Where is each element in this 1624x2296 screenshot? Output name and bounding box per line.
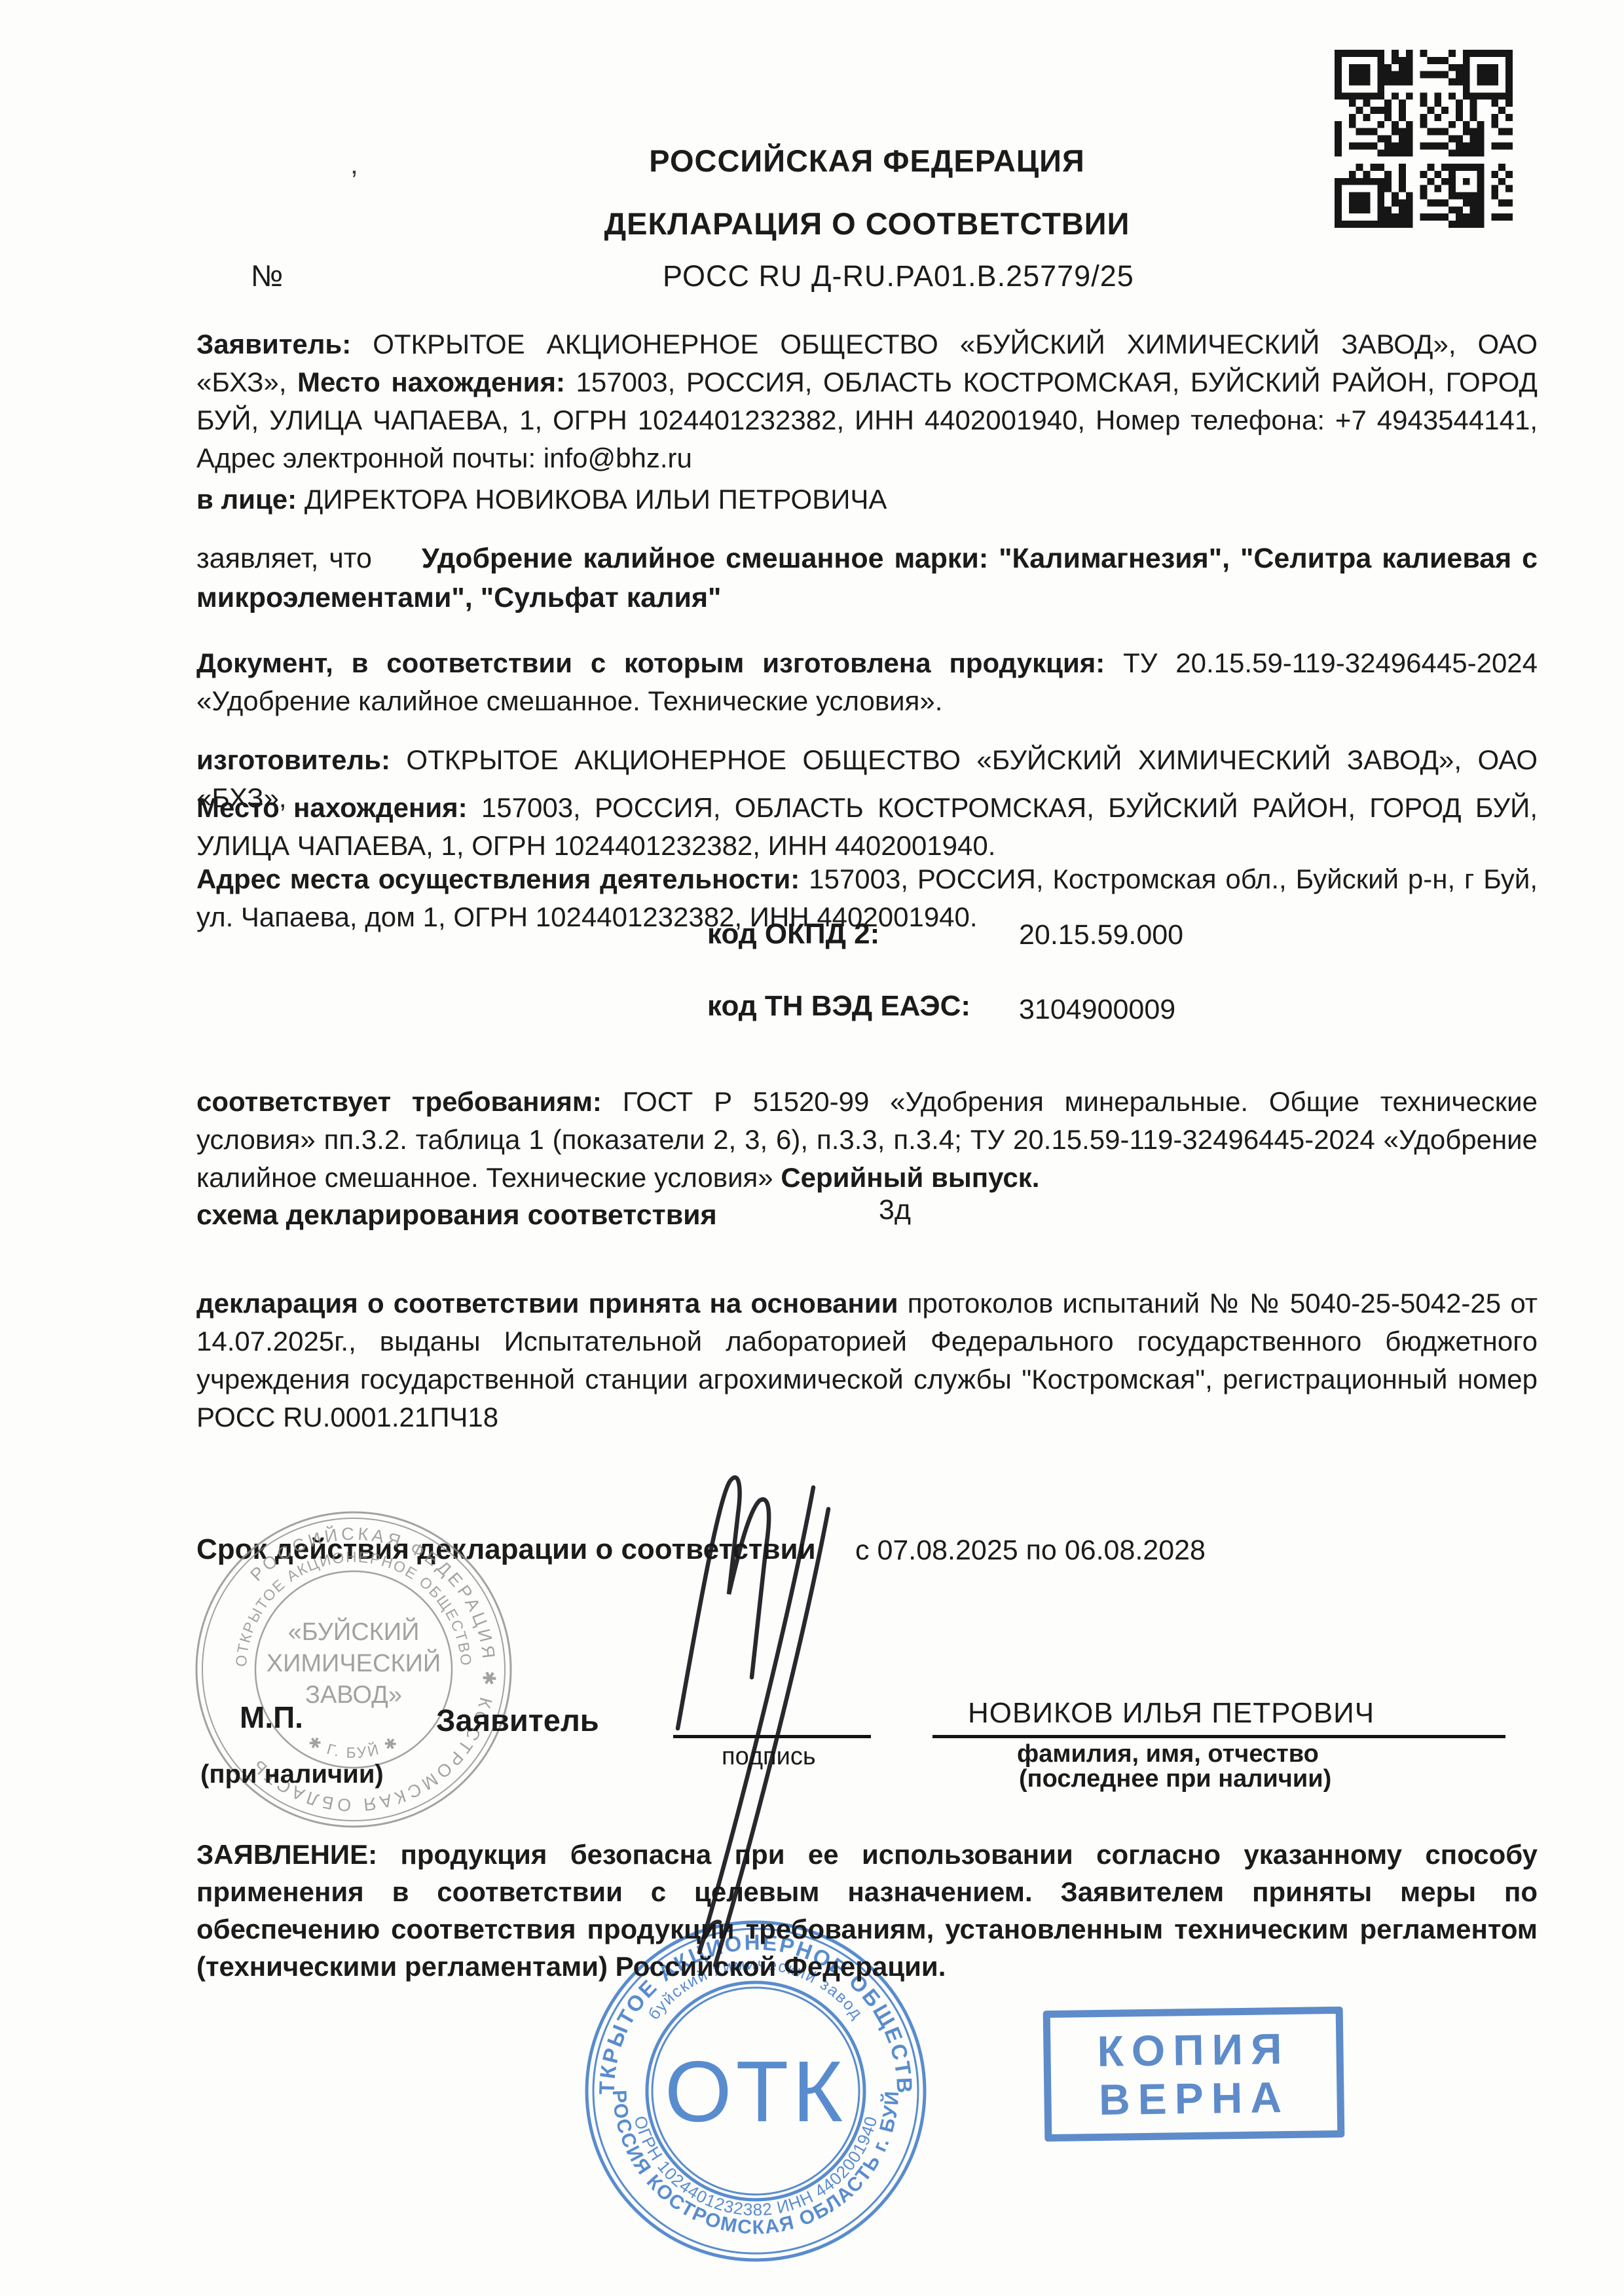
manufacturer-location-label: Место нахождения:	[196, 792, 468, 823]
conformity-serial: Серийный выпуск.	[781, 1162, 1039, 1193]
tnved-value: 3104900009	[1019, 994, 1175, 1026]
applicant-sign-label: Заявитель	[436, 1702, 599, 1738]
copy-stamp-line1: КОПИЯ	[1097, 2024, 1290, 2075]
declares-paragraph: заявляет, что Удобрение калийное смешанн…	[196, 539, 1538, 617]
svg-text:✱ Г. БУЙ ✱: ✱ Г. БУЙ ✱	[305, 1732, 401, 1761]
gray-stamp-inner-bottom-text: ✱ Г. БУЙ ✱	[305, 1732, 401, 1761]
applicant-label: Заявитель:	[196, 329, 351, 359]
name-line	[932, 1735, 1505, 1738]
applicant-paragraph: Заявитель: ОТКРЫТОЕ АКЦИОНЕРНОЕ ОБЩЕСТВО…	[196, 325, 1538, 477]
scheme-value: 3д	[879, 1194, 911, 1226]
manufacturer-address-paragraph: Адрес места осуществления деятельности: …	[196, 860, 1538, 936]
product-document-paragraph: Документ, в соответствии с которым изгот…	[196, 644, 1538, 720]
mp-note: (при наличии)	[200, 1760, 384, 1789]
in-person-label: в лице:	[196, 484, 297, 515]
signer-name: НОВИКОВ ИЛЬЯ ПЕТРОВИЧ	[968, 1697, 1375, 1730]
scheme-label: схема декларирования соответствия	[196, 1199, 717, 1231]
basis-paragraph: декларация о соответствии принята на осн…	[196, 1285, 1538, 1436]
number-value: РОСС RU Д-RU.РА01.В.25779/25	[663, 259, 1134, 293]
gray-stamp-center-line2: ХИМИЧЕСКИЙ	[267, 1648, 441, 1677]
gray-stamp-center-line3: ЗАВОД»	[305, 1681, 402, 1709]
basis-label: декларация о соответствии принята на осн…	[196, 1288, 898, 1319]
product-document-label: Документ, в соответствии с которым изгот…	[196, 647, 1105, 678]
in-person-line: в лице: ДИРЕКТОРА НОВИКОВА ИЛЬИ ПЕТРОВИЧ…	[196, 481, 1538, 519]
gray-stamp-center-line1: «БУЙСКИЙ	[288, 1616, 420, 1646]
applicant-location-label: Место нахождения:	[297, 367, 565, 397]
manufacturer-location-paragraph: Место нахождения: 157003, РОССИЯ, ОБЛАСТ…	[196, 789, 1538, 865]
validity-value: с 07.08.2025 по 06.08.2028	[855, 1535, 1206, 1567]
handwritten-signature	[642, 1460, 877, 1977]
qr-code	[1335, 50, 1513, 228]
declaration-document: ’ РОССИЙСКАЯ ФЕДЕРАЦИЯ ДЕКЛАРАЦИЯ О СООТ…	[0, 0, 1624, 2296]
conformity-label: соответствует требованиям:	[196, 1086, 602, 1117]
declares-label: заявляет, что	[196, 543, 411, 574]
number-label: №	[251, 258, 283, 293]
copy-stamp-line2: ВЕРНА	[1098, 2073, 1289, 2124]
otk-stamp-center-text: ОТК	[665, 2043, 847, 2140]
in-person-text: ДИРЕКТОРА НОВИКОВА ИЛЬИ ПЕТРОВИЧА	[304, 484, 887, 515]
name-caption1: фамилия, имя, отчество	[1017, 1740, 1319, 1768]
statement-label: ЗАЯВЛЕНИЕ:	[196, 1839, 377, 1870]
page-title-declaration: ДЕКЛАРАЦИЯ О СООТВЕТСТВИИ	[196, 206, 1538, 242]
mp-label: М.П.	[240, 1700, 303, 1735]
name-caption2: (последнее при наличии)	[1019, 1765, 1331, 1793]
tnved-label: код ТН ВЭД ЕАЭС:	[707, 990, 970, 1023]
manufacturer-address-label: Адрес места осуществления деятельности:	[196, 864, 800, 894]
conformity-paragraph: соответствует требованиям: ГОСТ Р 51520-…	[196, 1083, 1538, 1197]
copy-verna-stamp: КОПИЯ ВЕРНА	[1043, 2007, 1345, 2141]
applicant-email: Адрес электронной почты: info@bhz.ru	[196, 443, 692, 473]
page-title-country: РОССИЙСКАЯ ФЕДЕРАЦИЯ	[196, 143, 1538, 179]
manufacturer-label: изготовитель:	[196, 744, 390, 775]
